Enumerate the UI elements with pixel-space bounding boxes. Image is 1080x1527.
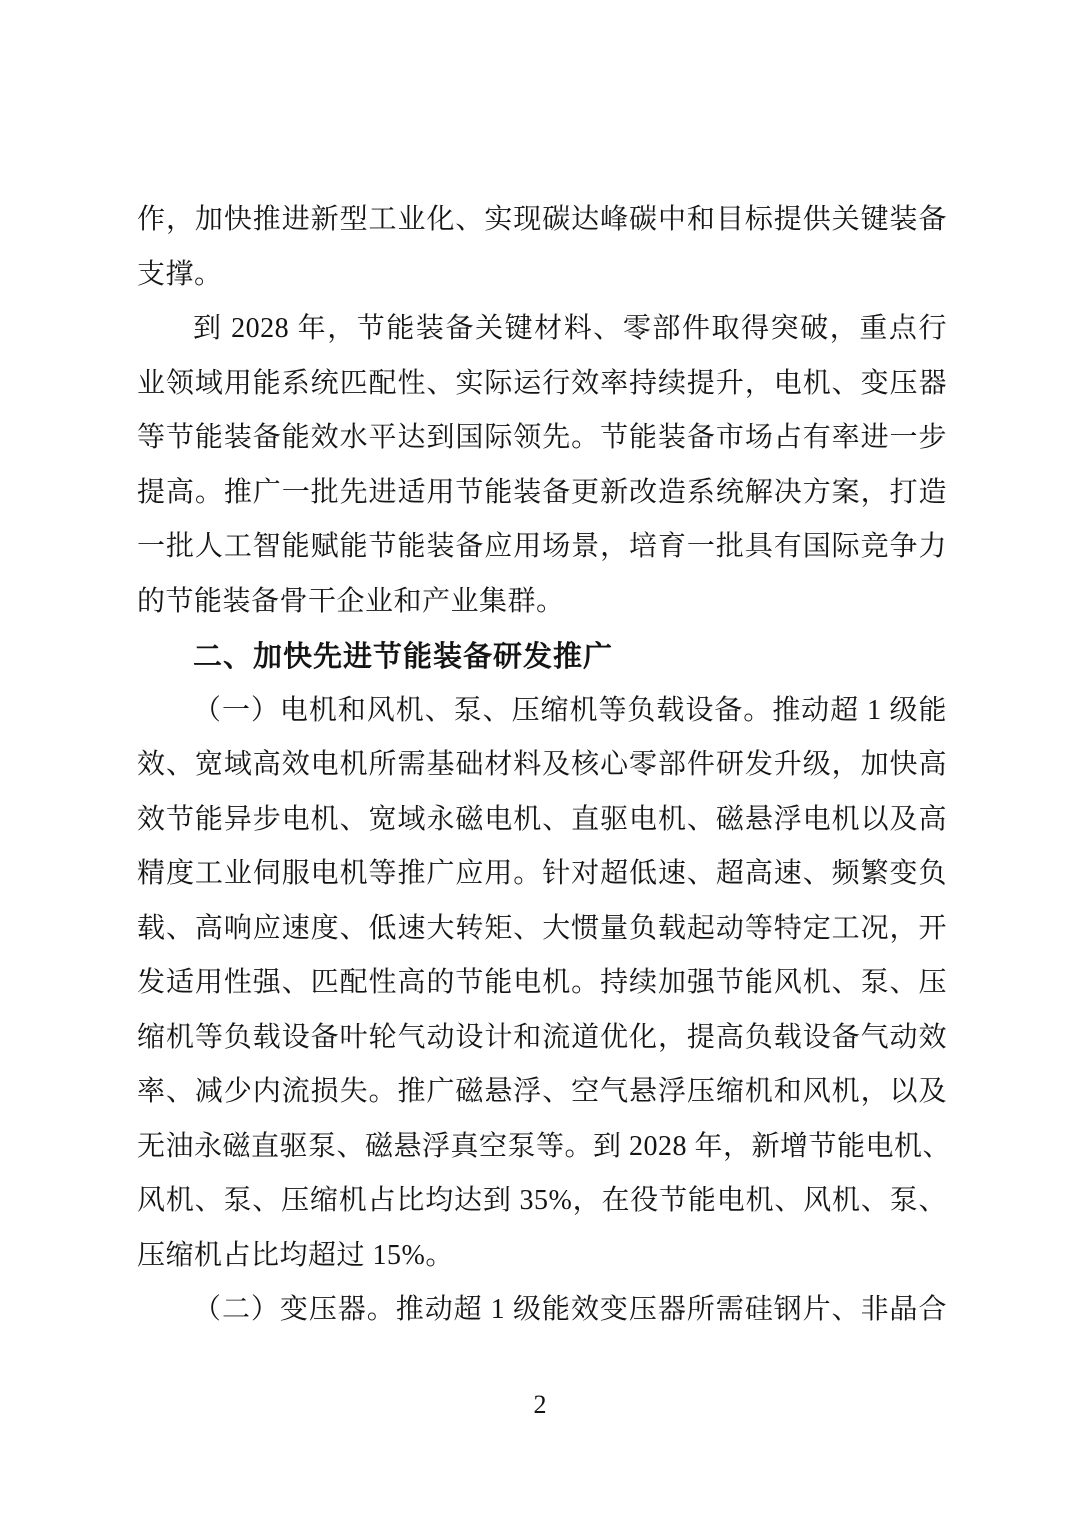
text-line: 载、高响应速度、低速大转矩、大惯量负载起动等特定工况，开 [137,902,947,957]
page-number: 2 [0,1388,1080,1422]
text-line: 发适用性强、匹配性高的节能电机。持续加强节能风机、泵、压 [137,956,947,1011]
text-line: 到 2028 年，节能装备关键材料、零部件取得突破，重点行 [137,302,947,357]
document-body: 作，加快推进新型工业化、实现碳达峰碳中和目标提供关键装备 支撑。 到 2028 … [137,193,947,1338]
text-line: 风机、泵、压缩机占比均达到 35%，在役节能电机、风机、泵、 [137,1174,947,1229]
text-line: 精度工业伺服电机等推广应用。针对超低速、超高速、频繁变负 [137,847,947,902]
text-line: 压缩机占比均超过 15%。 [137,1229,947,1284]
text-line: 提高。推广一批先进适用节能装备更新改造系统解决方案，打造 [137,466,947,521]
text-line: 效节能异步电机、宽域永磁电机、直驱电机、磁悬浮电机以及高 [137,793,947,848]
section-heading: 二、加快先进节能装备研发推广 [137,629,947,684]
text-line: 等节能装备能效水平达到国际领先。节能装备市场占有率进一步 [137,411,947,466]
document-page: 作，加快推进新型工业化、实现碳达峰碳中和目标提供关键装备 支撑。 到 2028 … [0,0,1080,1527]
text-line: （一）电机和风机、泵、压缩机等负载设备。推动超 1 级能 [137,684,947,739]
text-line: 效、宽域高效电机所需基础材料及核心零部件研发升级，加快高 [137,738,947,793]
text-line: （二）变压器。推动超 1 级能效变压器所需硅钢片、非晶合 [137,1283,947,1338]
text-line: 作，加快推进新型工业化、实现碳达峰碳中和目标提供关键装备 [137,193,947,248]
text-line: 无油永磁直驱泵、磁悬浮真空泵等。到 2028 年，新增节能电机、 [137,1120,947,1175]
text-line: 缩机等负载设备叶轮气动设计和流道优化，提高负载设备气动效 [137,1011,947,1066]
text-line: 一批人工智能赋能节能装备应用场景，培育一批具有国际竞争力 [137,520,947,575]
text-line: 业领域用能系统匹配性、实际运行效率持续提升，电机、变压器 [137,357,947,412]
text-line: 率、减少内流损失。推广磁悬浮、空气悬浮压缩机和风机，以及 [137,1065,947,1120]
text-line: 支撑。 [137,248,947,303]
text-line: 的节能装备骨干企业和产业集群。 [137,575,947,630]
